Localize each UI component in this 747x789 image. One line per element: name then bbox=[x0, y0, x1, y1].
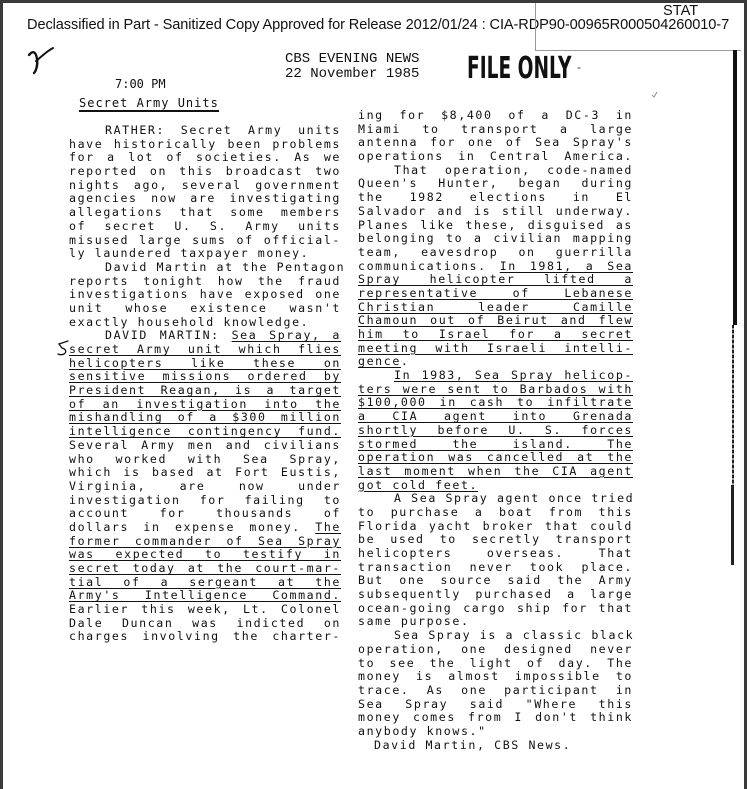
underlined-text: Sea Spray, a bbox=[232, 328, 341, 342]
transcript-line: who worked with Sea Spray, bbox=[69, 453, 341, 467]
line-text: reported on this broadcast two bbox=[69, 164, 341, 178]
transcript-line: operation, one designed never bbox=[358, 643, 633, 657]
transcript-line: for a lot of societies. As we bbox=[69, 151, 341, 165]
transcript-line: $100,000 in cash to infiltrate bbox=[358, 396, 633, 410]
transcript-line: shortly before U. S. forces bbox=[358, 424, 633, 438]
line-text: unit whose existence wasn't bbox=[69, 301, 341, 315]
transcript-line: the 1982 elections in El bbox=[358, 191, 633, 205]
line-text: belonging to a civilian mapping bbox=[358, 231, 633, 245]
transcript-line: to purchase a boat from this bbox=[358, 506, 633, 520]
transcript-line: account for thousands of bbox=[69, 507, 341, 521]
underlined-text: ters were sent to Barbados with bbox=[358, 382, 633, 396]
transcript-line: Dale Duncan was indicted on bbox=[69, 617, 341, 631]
transcript-line: ters were sent to Barbados with bbox=[358, 383, 633, 397]
transcript-line: operations in Central America. bbox=[358, 150, 633, 164]
line-text: trace. As one participant in bbox=[358, 683, 633, 697]
program-name: CBS EVENING NEWS bbox=[285, 51, 419, 67]
line-text: have historically been problems bbox=[69, 137, 341, 151]
line-text: to purchase a boat from this bbox=[358, 505, 633, 519]
transcript-line: former commander of Sea Spray bbox=[69, 535, 341, 549]
transcript-line: investigation for failing to bbox=[69, 494, 341, 508]
line-text: ing for $8,400 of a DC-3 in bbox=[358, 108, 633, 122]
transcript-line: A Sea Spray agent once tried bbox=[358, 492, 633, 506]
line-text: investigation for failing to bbox=[69, 493, 341, 507]
line-text: reports tonight how the fraud bbox=[69, 274, 341, 288]
transcript-line: Spray helicopter lifted a bbox=[358, 273, 633, 287]
transcript-line: stormed the island. The bbox=[358, 438, 633, 452]
line-text: to see the light of day. The bbox=[358, 656, 633, 670]
transcript-line: which is based at Fort Eustis, bbox=[69, 466, 341, 480]
line-text: money comes from I don't think bbox=[358, 710, 633, 724]
transcript-line: dollars in expense money. The bbox=[69, 521, 341, 535]
line-text: operation, one designed never bbox=[358, 642, 633, 656]
transcript-line: ly laundered taxpayer money. bbox=[69, 247, 341, 261]
underlined-text: Spray helicopter lifted a bbox=[358, 272, 633, 286]
transcript-line: anybody knows." bbox=[358, 725, 633, 739]
line-text: Salvador and is still underway. bbox=[358, 204, 633, 218]
transcript-line: last moment when the CIA agent bbox=[358, 465, 633, 479]
line-text: communications. bbox=[358, 259, 500, 273]
line-text: ly laundered taxpayer money. bbox=[69, 246, 309, 260]
line-text: transaction never took place. bbox=[358, 560, 633, 574]
transcript-line: That operation, code-named bbox=[358, 164, 633, 178]
transcript-left-column: RATHER: Secret Army unitshave historical… bbox=[69, 124, 341, 644]
transcript-line: In 1983, Sea Spray helicop- bbox=[358, 369, 633, 383]
broadcast-time: 7:00 PM bbox=[115, 77, 166, 91]
underlined-text: President Reagan, is a target bbox=[69, 383, 341, 397]
transcript-line: Sea Spray said "Where this bbox=[358, 698, 633, 712]
transcript-line: transaction never took place. bbox=[358, 561, 633, 575]
line-text: the 1982 elections in El bbox=[358, 190, 633, 204]
line-text: Dale Duncan was indicted on bbox=[69, 616, 341, 630]
line-text: Sea Spray said "Where this bbox=[358, 697, 633, 711]
transcript-line: tial of a sergeant at the bbox=[69, 576, 341, 590]
line-text: That operation, code-named bbox=[394, 163, 633, 177]
line-text: same purpose. bbox=[358, 614, 470, 628]
line-text: Virginia, are now under bbox=[69, 479, 341, 493]
underlined-text: gence bbox=[358, 354, 401, 368]
transcript-line: have historically been problems bbox=[69, 138, 341, 152]
line-text: David Martin, CBS News. bbox=[374, 738, 571, 752]
transcript-line: charges involving the charter- bbox=[69, 630, 341, 644]
transcript-line: secret today at the court-mar- bbox=[69, 562, 341, 576]
transcript-line: President Reagan, is a target bbox=[69, 384, 341, 398]
underlined-text: secret Army unit which flies bbox=[69, 342, 341, 356]
line-text: RATHER: Secret Army units bbox=[105, 123, 341, 137]
transcript-line: communications. In 1981, a Sea bbox=[358, 260, 633, 274]
underlined-text: In 1981, a Sea bbox=[500, 259, 633, 273]
handwritten-check-icon bbox=[25, 45, 57, 75]
margin-bar bbox=[733, 50, 737, 325]
transcript-line: got cold feet. bbox=[358, 479, 633, 493]
underlined-text: intelligence contingency fund. bbox=[69, 424, 341, 438]
segment-title: Secret Army Units bbox=[79, 96, 219, 112]
transcript-line: reports tonight how the fraud bbox=[69, 275, 341, 289]
transcript-line: intelligence contingency fund. bbox=[69, 425, 341, 439]
underlined-text: operation was cancelled at the bbox=[358, 450, 633, 464]
line-text: antenna for one of Sea Spray's bbox=[358, 135, 633, 149]
stat-label: STAT bbox=[663, 3, 698, 19]
transcript-line: belonging to a civilian mapping bbox=[358, 232, 633, 246]
line-text: nights ago, several government bbox=[69, 178, 341, 192]
line-text: Earlier this week, Lt. Colonel bbox=[69, 602, 341, 616]
transcript-line: antenna for one of Sea Spray's bbox=[358, 136, 633, 150]
underlined-text: of an investigation into the bbox=[69, 397, 341, 411]
tick-mark-icon bbox=[651, 91, 659, 99]
line-text: money is almost impossible to bbox=[358, 669, 633, 683]
line-text: allegations that some members bbox=[69, 205, 341, 219]
transcript-line: trace. As one participant in bbox=[358, 684, 633, 698]
transcript-line: money is almost impossible to bbox=[358, 670, 633, 684]
transcript-line: to see the light of day. The bbox=[358, 657, 633, 671]
transcript-line: same purpose. bbox=[358, 615, 633, 629]
margin-bar-faded bbox=[732, 325, 734, 485]
stamp-dash: - bbox=[577, 60, 581, 74]
transcript-line: Queen's Hunter, began during bbox=[358, 177, 633, 191]
transcript-line: DAVID MARTIN: Sea Spray, a bbox=[69, 329, 341, 343]
transcript-line: helicopters overseas. That bbox=[358, 547, 633, 561]
underlined-text: representative of Lebanese bbox=[358, 286, 633, 300]
transcript-line: a CIA agent into Grenada bbox=[358, 410, 633, 424]
underlined-text: a CIA agent into Grenada bbox=[358, 409, 633, 423]
line-text: agencies now are investigating bbox=[69, 191, 341, 205]
underlined-text: former commander of Sea Spray bbox=[69, 534, 341, 548]
line-text: Planes like these, disguised as bbox=[358, 218, 633, 232]
transcript-line: be used to secretly transport bbox=[358, 533, 633, 547]
stat-box bbox=[535, 3, 741, 51]
line-text: misused large sums of official- bbox=[69, 233, 341, 247]
line-text: anybody knows." bbox=[358, 724, 487, 738]
underlined-text: helicopters like these on bbox=[69, 356, 341, 370]
underlined-text: $100,000 in cash to infiltrate bbox=[358, 395, 633, 409]
transcript-line: agencies now are investigating bbox=[69, 192, 341, 206]
transcript-line: secret Army unit which flies bbox=[69, 343, 341, 357]
transcript-line: subsequently purchased a large bbox=[358, 588, 633, 602]
transcript-line: reported on this broadcast two bbox=[69, 165, 341, 179]
underlined-text: tial of a sergeant at the bbox=[69, 575, 341, 589]
transcript-line: Planes like these, disguised as bbox=[358, 219, 633, 233]
broadcast-date: 22 November 1985 bbox=[285, 66, 419, 82]
transcript-line: Earlier this week, Lt. Colonel bbox=[69, 603, 341, 617]
line-text: account for thousands of bbox=[69, 506, 341, 520]
transcript-line: misused large sums of official- bbox=[69, 234, 341, 248]
underlined-text: In 1983, Sea Spray helicop- bbox=[394, 368, 633, 382]
transcript-line: Florida yacht broker that could bbox=[358, 520, 633, 534]
file-only-stamp: FILE ONLY bbox=[467, 51, 571, 86]
line-text: Several Army men and civilians bbox=[69, 438, 341, 452]
underlined-text: mishandling of a $300 million bbox=[69, 410, 341, 424]
line-text: subsequently purchased a large bbox=[358, 587, 633, 601]
line-text: who worked with Sea Spray, bbox=[69, 452, 341, 466]
transcript-line: mishandling of a $300 million bbox=[69, 411, 341, 425]
transcript-line: ocean-going cargo ship for that bbox=[358, 602, 633, 616]
transcript-line: allegations that some members bbox=[69, 206, 341, 220]
underlined-text: The bbox=[315, 520, 341, 534]
line-text: be used to secretly transport bbox=[358, 532, 633, 546]
underlined-text: got cold feet. bbox=[358, 478, 478, 492]
transcript-line: But one source said the Army bbox=[358, 574, 633, 588]
transcript-line: him to Israel for a secret bbox=[358, 328, 633, 342]
line-text: which is based at Fort Eustis, bbox=[69, 465, 341, 479]
line-text: Queen's Hunter, began during bbox=[358, 176, 633, 190]
transcript-line: Miami to transport a large bbox=[358, 123, 633, 137]
underlined-text: Chamoun out of Beirut and flew bbox=[358, 313, 633, 327]
transcript-line: nights ago, several government bbox=[69, 179, 341, 193]
line-text: exactly household knowledge. bbox=[69, 315, 309, 329]
transcript-line: of secret U. S. Army units bbox=[69, 220, 341, 234]
line-text: DAVID MARTIN: bbox=[105, 328, 232, 342]
underlined-text: him to Israel for a secret bbox=[358, 327, 633, 341]
transcript-line: of an investigation into the bbox=[69, 398, 341, 412]
transcript-line: David Martin, CBS News. bbox=[358, 739, 633, 753]
transcript-line: money comes from I don't think bbox=[358, 711, 633, 725]
transcript-line: was expected to testify in bbox=[69, 548, 341, 562]
line-text: operations in Central America. bbox=[358, 149, 633, 163]
line-text: investigations have exposed one bbox=[69, 287, 341, 301]
underlined-text: Army's Intelligence Command. bbox=[69, 588, 341, 602]
line-text: But one source said the Army bbox=[358, 573, 633, 587]
document-page: Declassified in Part - Sanitized Copy Ap… bbox=[3, 3, 744, 789]
transcript-line: representative of Lebanese bbox=[358, 287, 633, 301]
underlined-text: secret today at the court-mar- bbox=[69, 561, 341, 575]
line-text: . bbox=[401, 354, 410, 368]
transcript-line: Virginia, are now under bbox=[69, 480, 341, 494]
transcript-line: operation was cancelled at the bbox=[358, 451, 633, 465]
line-text: charges involving the charter- bbox=[69, 629, 341, 643]
transcript-line: RATHER: Secret Army units bbox=[69, 124, 341, 138]
transcript-line: sensitive missions ordered by bbox=[69, 370, 341, 384]
line-text: David Martin at the Pentagon bbox=[105, 260, 345, 274]
underlined-text: Christian leader Camille bbox=[358, 300, 633, 314]
transcript-line: gence. bbox=[358, 355, 633, 369]
transcript-line: meeting with Israeli intelli- bbox=[358, 342, 633, 356]
transcript-line: Salvador and is still underway. bbox=[358, 205, 633, 219]
underlined-text: stormed the island. The bbox=[358, 437, 633, 451]
transcript-line: investigations have exposed one bbox=[69, 288, 341, 302]
line-text: Sea Spray is a classic black bbox=[394, 628, 634, 642]
transcript-line: Christian leader Camille bbox=[358, 301, 633, 315]
transcript-line: Army's Intelligence Command. bbox=[69, 589, 341, 603]
line-text: A Sea Spray agent once tried bbox=[394, 491, 634, 505]
transcript-line: Sea Spray is a classic black bbox=[358, 629, 633, 643]
line-text: for a lot of societies. As we bbox=[69, 150, 341, 164]
transcript-line: David Martin at the Pentagon bbox=[69, 261, 341, 275]
transcript-line: Several Army men and civilians bbox=[69, 439, 341, 453]
transcript-line: Chamoun out of Beirut and flew bbox=[358, 314, 633, 328]
underlined-text: shortly before U. S. forces bbox=[358, 423, 633, 437]
transcript-line: exactly household knowledge. bbox=[69, 316, 341, 330]
underlined-text: last moment when the CIA agent bbox=[358, 464, 633, 478]
line-text: helicopters overseas. That bbox=[358, 546, 633, 560]
transcript-line: unit whose existence wasn't bbox=[69, 302, 341, 316]
line-text: Florida yacht broker that could bbox=[358, 519, 633, 533]
line-text: team, eavesdrop on guerrilla bbox=[358, 245, 633, 259]
line-text: Miami to transport a large bbox=[358, 122, 633, 136]
transcript-line: ing for $8,400 of a DC-3 in bbox=[358, 109, 633, 123]
transcript-line: helicopters like these on bbox=[69, 357, 341, 371]
masthead: CBS EVENING NEWS 22 November 1985 bbox=[285, 52, 419, 82]
transcript-line: team, eavesdrop on guerrilla bbox=[358, 246, 633, 260]
underlined-text: was expected to testify in bbox=[69, 547, 341, 561]
margin-bar-lower bbox=[731, 485, 734, 565]
line-text: ocean-going cargo ship for that bbox=[358, 601, 633, 615]
underlined-text: meeting with Israeli intelli- bbox=[358, 341, 633, 355]
underlined-text: sensitive missions ordered by bbox=[69, 369, 341, 383]
transcript-right-column: ing for $8,400 of a DC-3 inMiami to tran… bbox=[358, 109, 633, 752]
line-text: dollars in expense money. bbox=[69, 520, 315, 534]
line-text: of secret U. S. Army units bbox=[69, 219, 341, 233]
